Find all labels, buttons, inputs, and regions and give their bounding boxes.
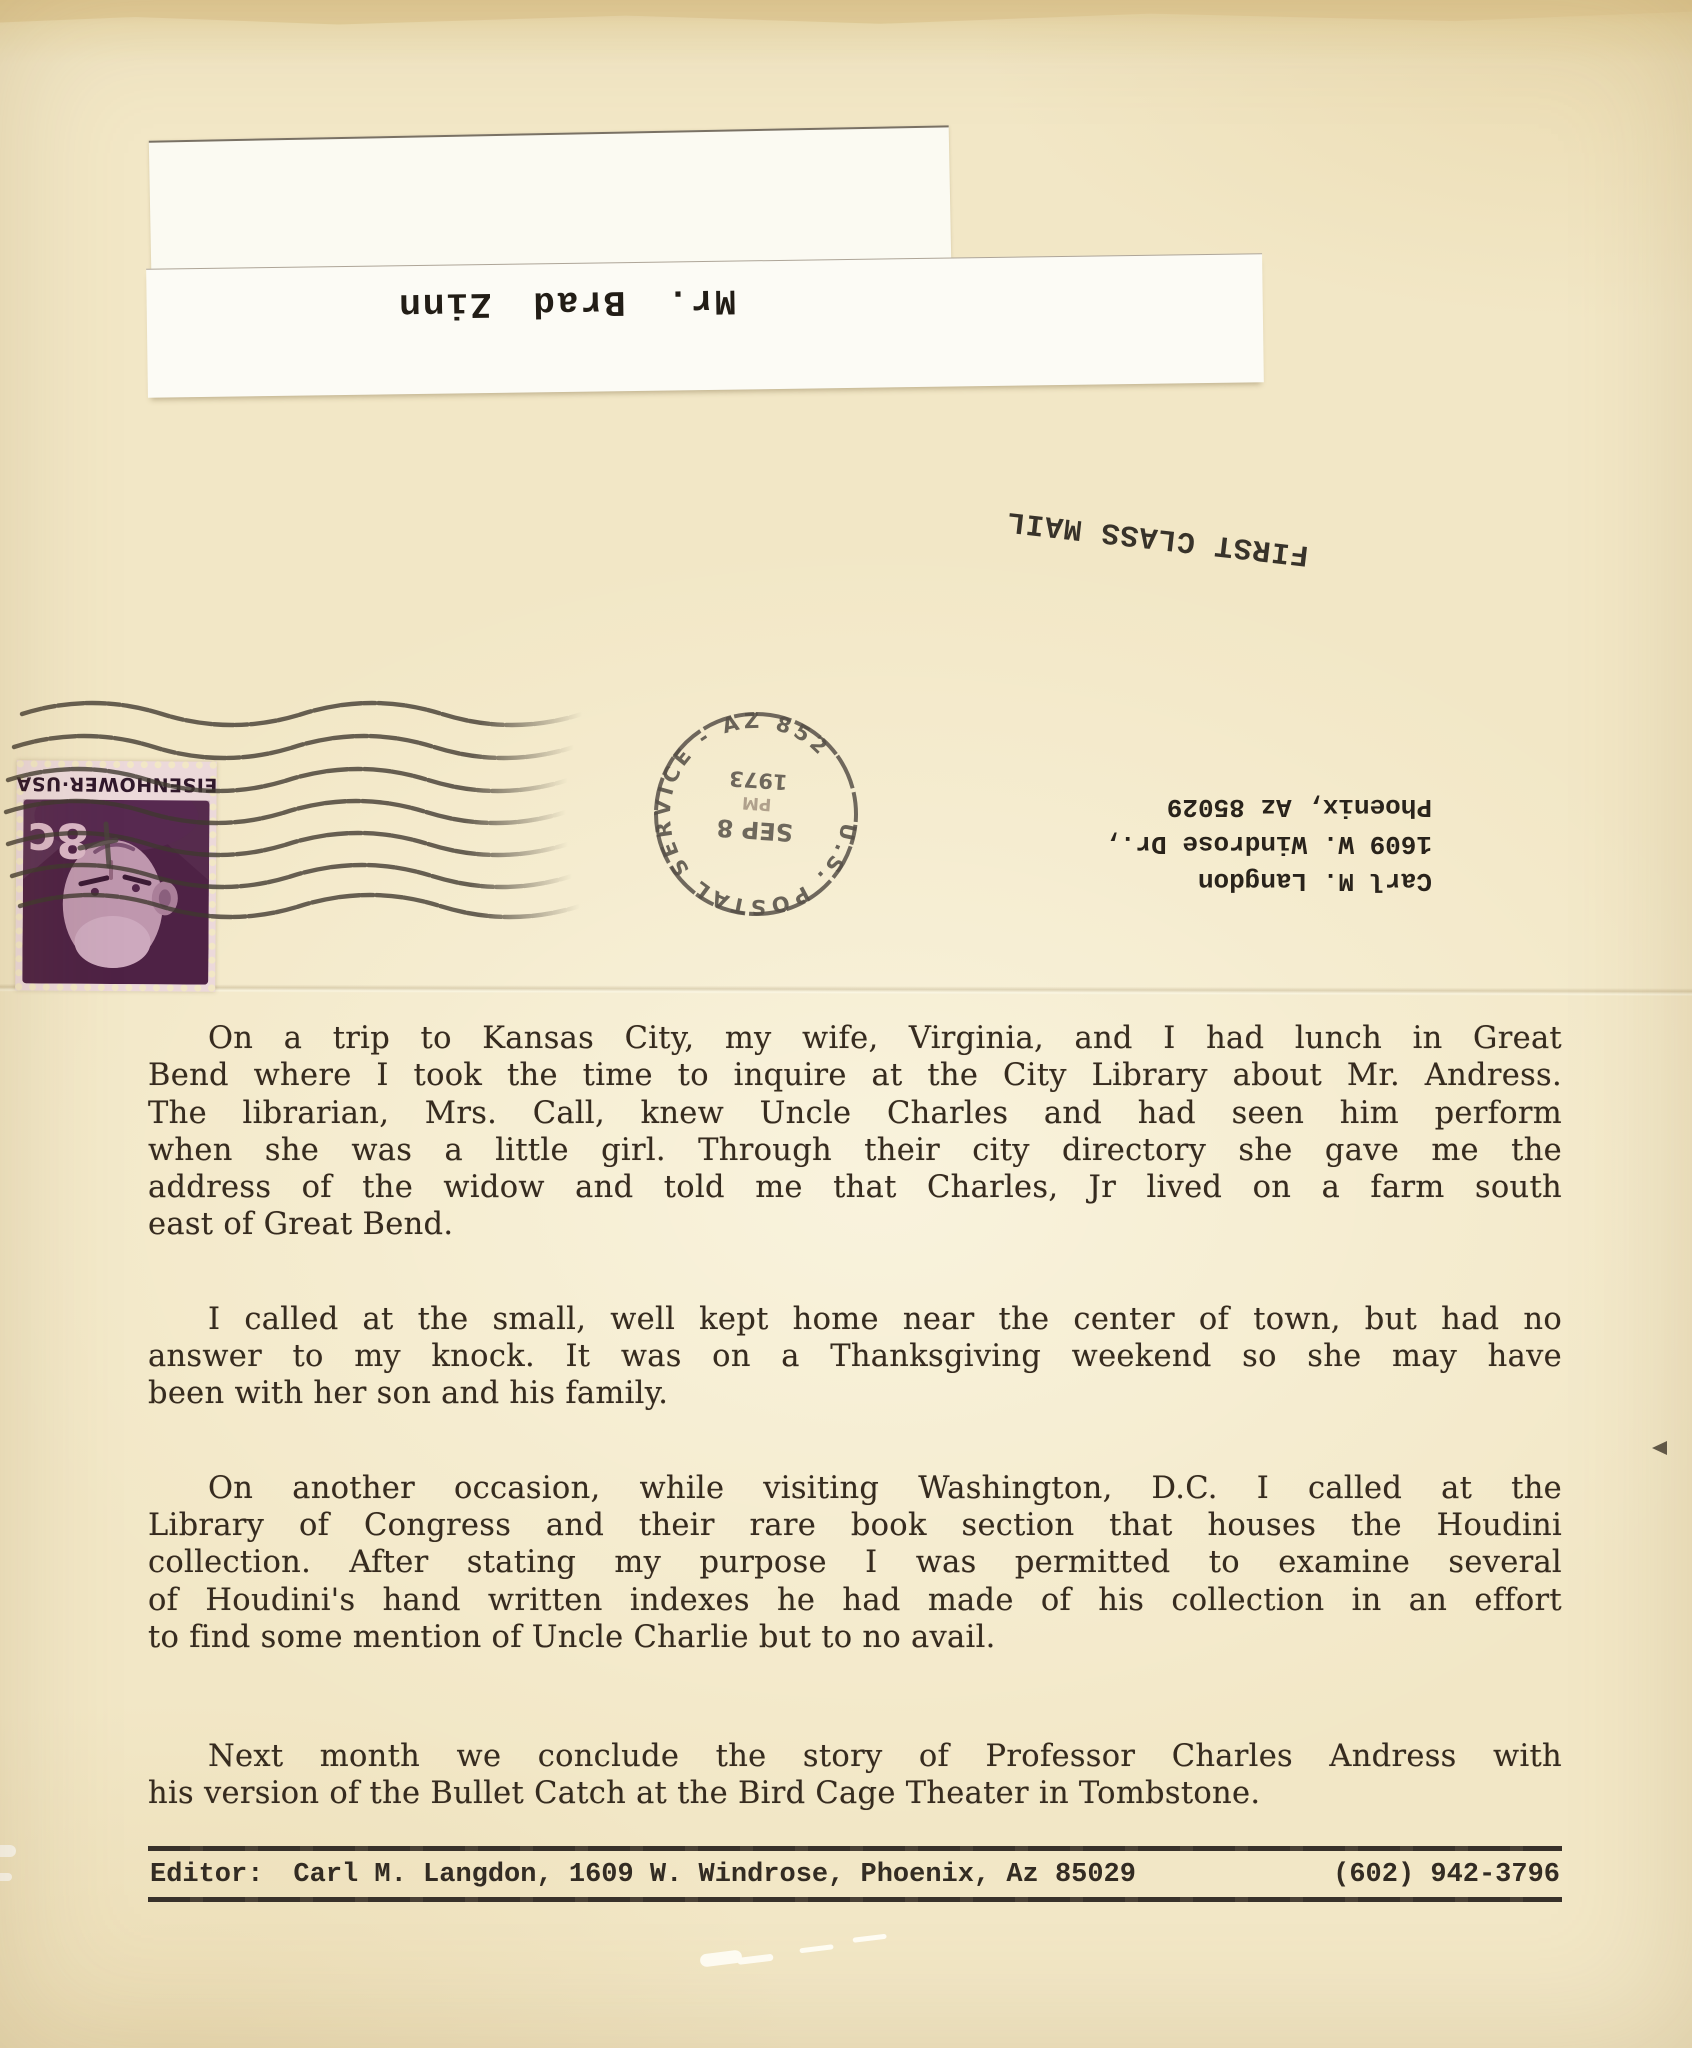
svg-text:U.S. POSTAL SERVICE - AZ 852: U.S. POSTAL SERVICE - AZ 852 [644,701,869,926]
text-line: Library of Congress and their rare book … [148,1507,1562,1544]
paragraph: On a trip to Kansas City, my wife, Virgi… [148,1020,1562,1244]
editor-address: Carl M. Langdon, 1609 W. Windrose, Phoen… [293,1860,1136,1890]
addressee-label: Mr. Brad Zinn [146,253,1264,398]
footer-rule-bottom [148,1897,1562,1902]
paper-damage-bottom [699,1949,742,1967]
editor-phone: (602) 942-3796 [1333,1860,1560,1890]
margin-ink-mark [1652,1441,1667,1455]
fold-crease [0,984,1692,996]
text-line: Next month we conclude the story of Prof… [148,1738,1562,1775]
return-address-line: Carl M. Langdon [1080,862,1432,899]
text-line: address of the widow and told me that Ch… [148,1169,1562,1206]
text-line: The librarian, Mrs. Call, knew Uncle Cha… [148,1095,1562,1132]
torn-paper-top-edge [0,0,1692,34]
text-line: collection. After stating my purpose I w… [148,1544,1562,1581]
addressee-name: Mr. Brad Zinn [336,279,797,326]
text-line: On another occasion, while visiting Wash… [148,1470,1562,1507]
postmark-ring-text: U.S. POSTAL SERVICE - AZ 852 [644,701,869,926]
postmark-year: 1973 [728,766,788,794]
editor-footer: Editor: Carl M. Langdon, 1609 W. Windros… [148,1846,1562,1902]
text-line: Bend where I took the time to inquire at… [148,1057,1562,1094]
text-line: when she was a little girl. Through thei… [148,1132,1562,1169]
postmark-meridiem: PM [741,792,772,814]
scanned-envelope-newsletter-page: Mr. Brad Zinn FIRST CLASS MAIL EISENHOWE… [0,0,1692,2048]
text-line: his version of the Bullet Catch at the B… [148,1775,1562,1812]
text-line: answer to my knock. It was on a Thanksgi… [148,1338,1562,1375]
return-address-line: 1609 W. Windrose Dr., [1080,825,1432,862]
text-line: of Houdini's hand written indexes he had… [148,1582,1562,1619]
text-line: On a trip to Kansas City, my wife, Virgi… [148,1020,1562,1057]
first-class-mail-handstamp: FIRST CLASS MAIL [979,500,1336,574]
return-address-line: Phoenix, Az 85029 [1080,788,1432,825]
paragraph: On another occasion, while visiting Wash… [148,1470,1562,1656]
footer-text-row: Editor: Carl M. Langdon, 1609 W. Windros… [148,1851,1562,1897]
postmark-date: SEP 8 [716,813,794,846]
blank-mailing-label [149,125,951,274]
postmark-circle: U.S. POSTAL SERVICE - AZ 852 SEP 8 PM 19… [634,692,877,935]
paragraph: Next month we conclude the story of Prof… [148,1738,1562,1813]
cancellation-stray-mark [76,818,120,872]
letter-body: On a trip to Kansas City, my wife, Virgi… [148,1020,1562,1813]
text-line: been with her son and his family. [148,1375,1562,1412]
cancellation-wave-lines [0,698,600,930]
text-line: east of Great Bend. [148,1206,1562,1243]
return-address: Carl M. Langdon 1609 W. Windrose Dr., Ph… [1080,788,1432,899]
text-line: I called at the small, well kept home ne… [148,1301,1562,1338]
paper-damage-left-edge [0,1845,16,1857]
text-line: to find some mention of Uncle Charlie bu… [148,1619,1562,1656]
paragraph: I called at the small, well kept home ne… [148,1301,1562,1413]
editor-label: Editor: [150,1860,263,1890]
